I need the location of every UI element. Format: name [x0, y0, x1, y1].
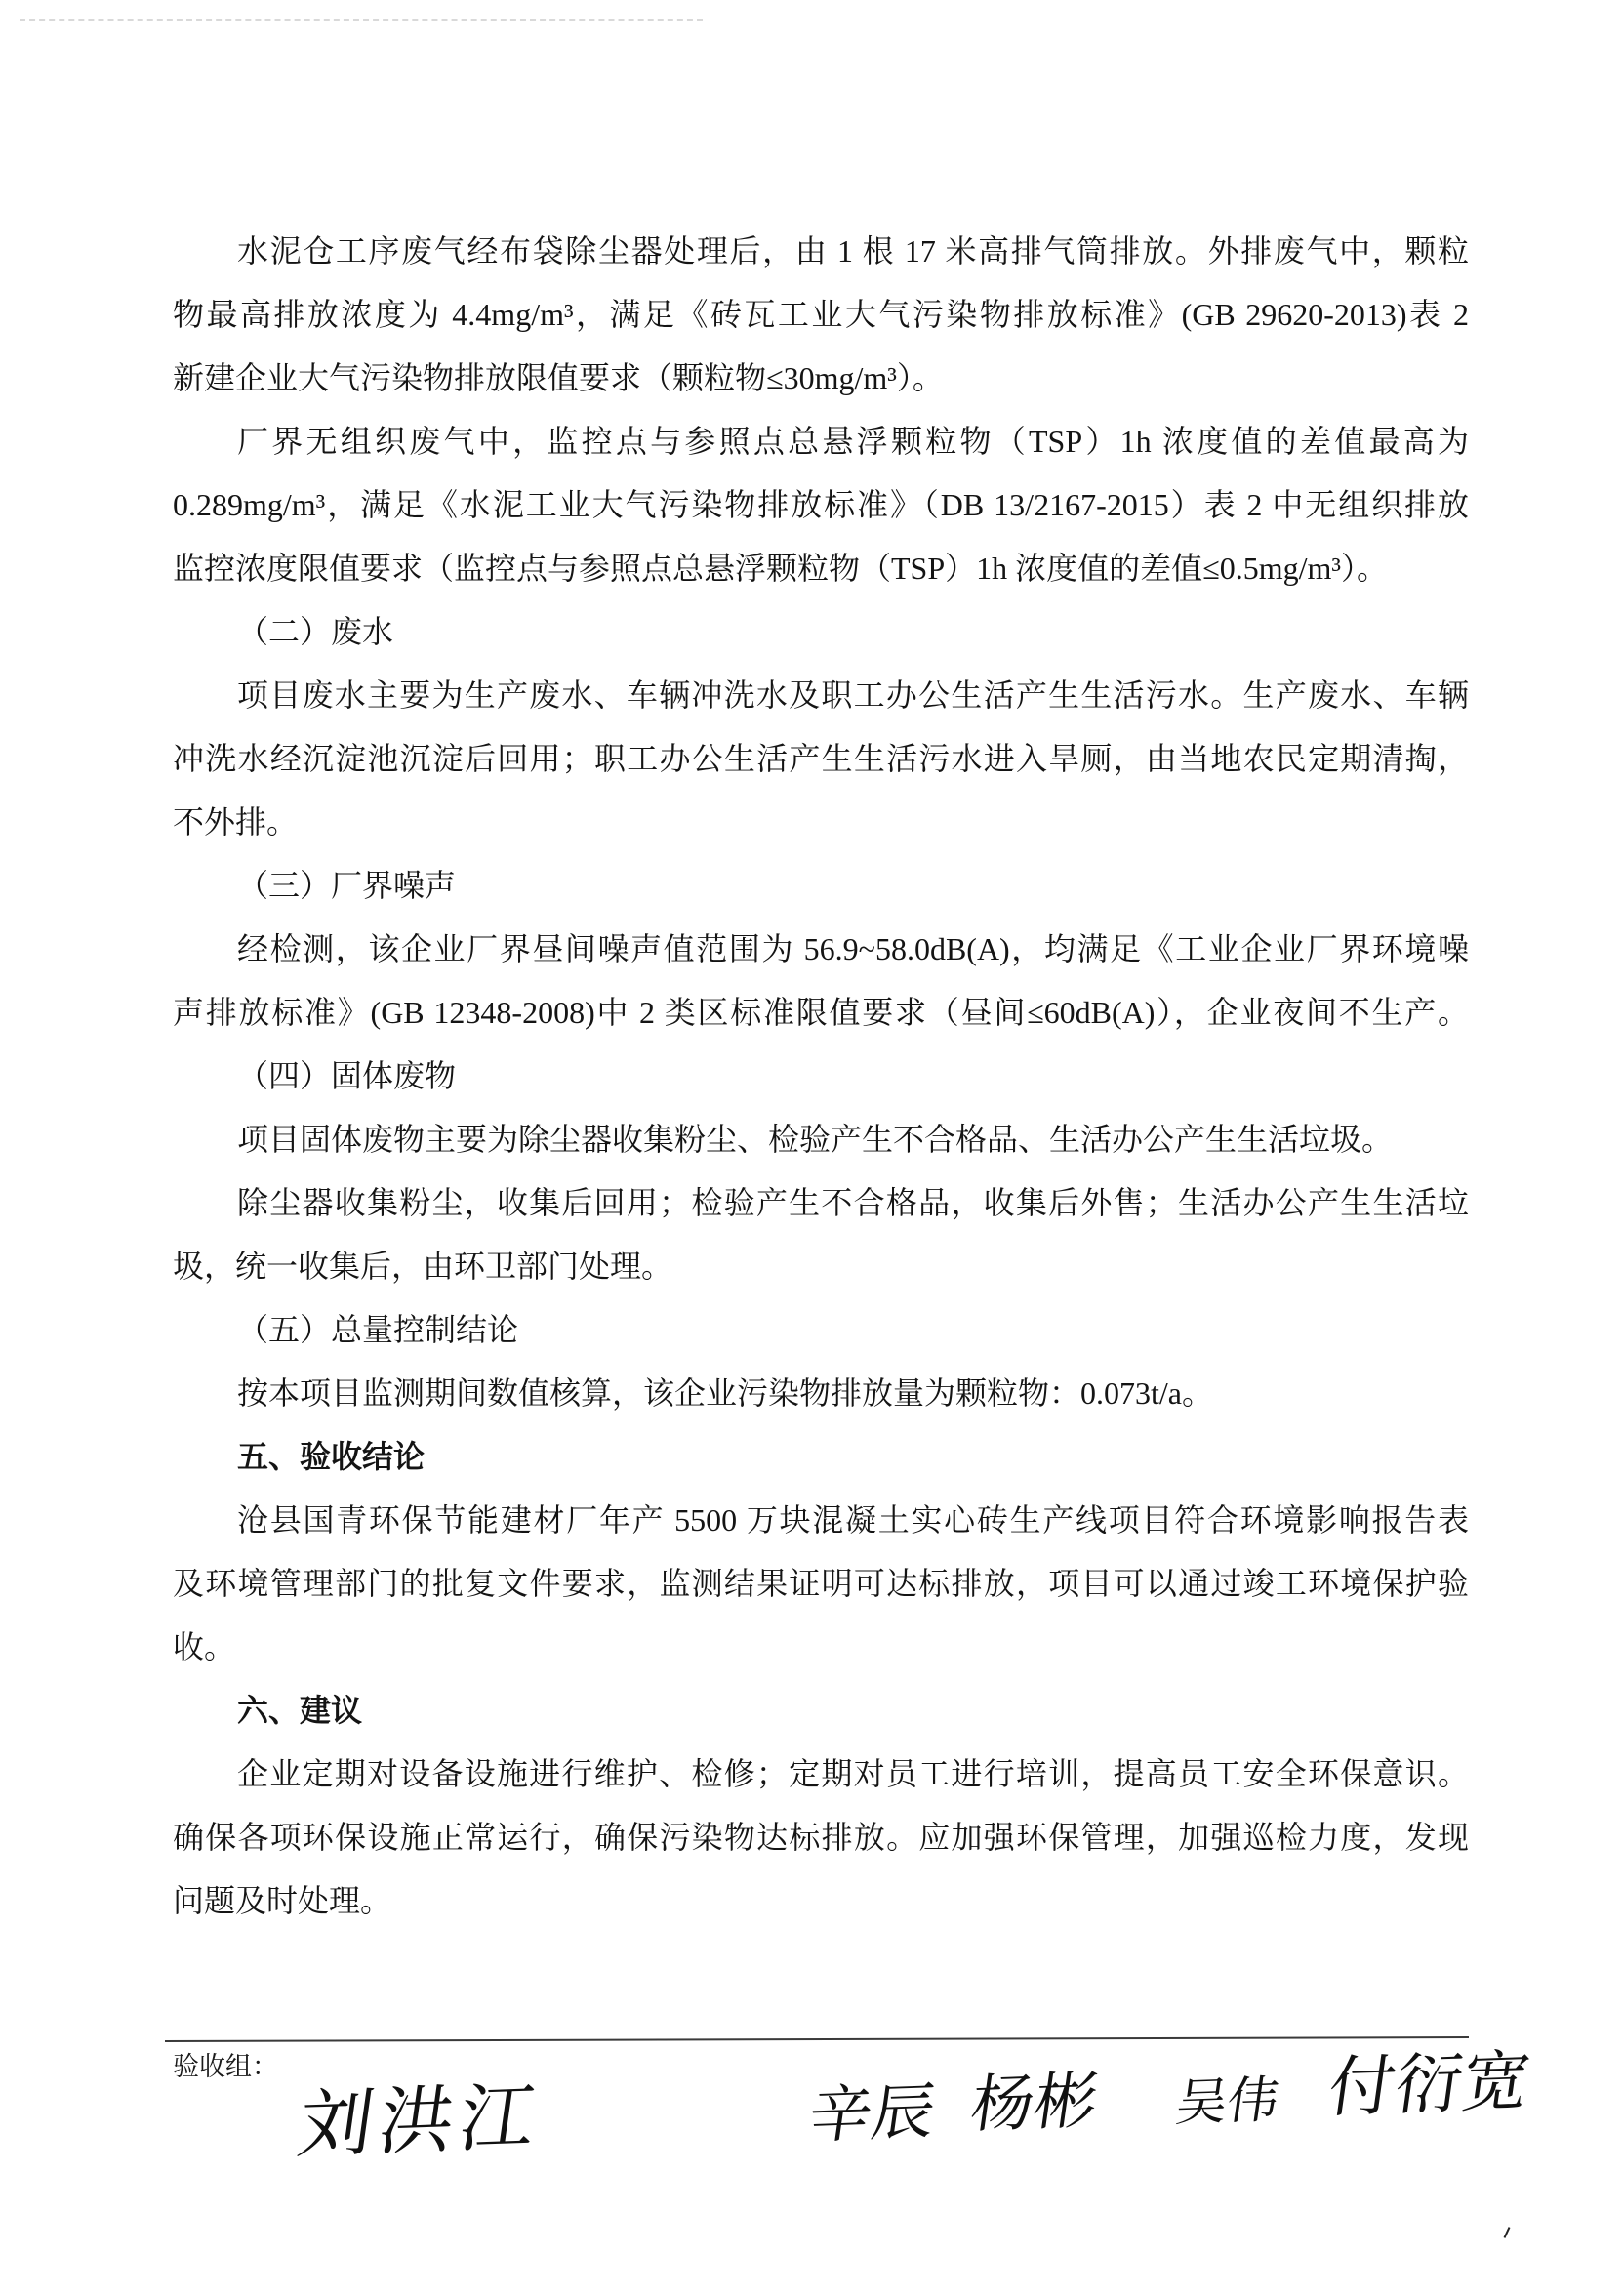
- paragraph-line: 新建企业大气污染物排放限值要求（颗粒物≤30mg/m³）。: [173, 347, 1469, 410]
- subheading-total-control: （五）总量控制结论: [173, 1298, 1469, 1362]
- signature: 付衍宽: [1323, 2043, 1534, 2128]
- subheading-wastewater: （二）废水: [173, 600, 1469, 664]
- paragraph-total-control: 按本项目监测期间数值核算，该企业污染物排放量为颗粒物：0.073t/a。: [173, 1362, 1469, 1425]
- paragraph-line: 项目废水主要为生产废水、车辆冲洗水及职工办公生活产生生活污水。生产废水、车辆: [173, 664, 1469, 727]
- signature: 杨彬: [965, 2058, 1103, 2150]
- paragraph-line: 厂界无组织废气中，监控点与参照点总悬浮颗粒物（TSP）1h 浓度值的差值最高为: [173, 410, 1469, 473]
- paragraph-line: 监控浓度限值要求（监控点与参照点总悬浮颗粒物（TSP）1h 浓度值的差值≤0.5…: [173, 537, 1469, 600]
- scan-artifact-line: [20, 19, 703, 20]
- paragraph-line: 项目固体废物主要为除尘器收集粉尘、检验产生不合格品、生活办公产生生活垃圾。: [173, 1108, 1469, 1171]
- signature-divider: [165, 2036, 1469, 2042]
- paragraph-line: 不外排。: [173, 791, 1469, 854]
- paragraph-line: 0.289mg/m³，满足《水泥工业大气污染物排放标准》（DB 13/2167-…: [173, 473, 1469, 537]
- paragraph-line: 物最高排放浓度为 4.4mg/m³，满足《砖瓦工业大气污染物排放标准》(GB 2…: [173, 283, 1469, 347]
- paragraph-line: 声排放标准》(GB 12348-2008)中 2 类区标准限值要求（昼间≤60d…: [173, 981, 1469, 1045]
- paragraph-line: 确保各项环保设施正常运行，确保污染物达标排放。应加强环保管理，加强巡检力度，发现: [173, 1806, 1469, 1869]
- paragraph-acceptance-conclusion: 沧县国青环保节能建材厂年产 5500 万块混凝土实心砖生产线项目符合环境影响报告…: [173, 1489, 1469, 1679]
- paragraph-line: 问题及时处理。: [173, 1869, 1469, 1933]
- paragraph-line: 收。: [173, 1616, 1469, 1679]
- subheading-solid-waste: （四）固体废物: [173, 1045, 1469, 1108]
- paragraph-line: 经检测，该企业厂界昼间噪声值范围为 56.9~58.0dB(A)，均满足《工业企…: [173, 918, 1469, 981]
- paragraph-line: 圾，统一收集后，由环卫部门处理。: [173, 1235, 1469, 1298]
- paragraph-line: 沧县国青环保节能建材厂年产 5500 万块混凝土实心砖生产线项目符合环境影响报告…: [173, 1489, 1469, 1552]
- paragraph-line: 及环境管理部门的批复文件要求，监测结果证明可达标排放，项目可以通过竣工环境保护验: [173, 1552, 1469, 1616]
- paragraph-line: 冲洗水经沉淀池沉淀后回用；职工办公生活产生生活污水进入旱厕，由当地农民定期清掏，: [173, 727, 1469, 791]
- paragraph-noise: 经检测，该企业厂界昼间噪声值范围为 56.9~58.0dB(A)，均满足《工业企…: [173, 918, 1469, 1045]
- paragraph-solid-waste-sources: 项目固体废物主要为除尘器收集粉尘、检验产生不合格品、生活办公产生生活垃圾。: [173, 1108, 1469, 1171]
- paragraph-line: 水泥仓工序废气经布袋除尘器处理后，由 1 根 17 米高排气筒排放。外排废气中，…: [173, 220, 1469, 283]
- paragraph-solid-waste-handling: 除尘器收集粉尘，收集后回用；检验产生不合格品，收集后外售；生活办公产生生活垃 圾…: [173, 1171, 1469, 1298]
- signature: 刘洪江: [293, 2072, 547, 2169]
- document-body: 水泥仓工序废气经布袋除尘器处理后，由 1 根 17 米高排气筒排放。外排废气中，…: [173, 220, 1469, 1933]
- paragraph-wastewater: 项目废水主要为生产废水、车辆冲洗水及职工办公生活产生生活污水。生产废水、车辆 冲…: [173, 664, 1469, 854]
- paragraph-stack-emissions: 水泥仓工序废气经布袋除尘器处理后，由 1 根 17 米高排气筒排放。外排废气中，…: [173, 220, 1469, 410]
- acceptance-group-label: 验收组：: [173, 2050, 278, 2083]
- paragraph-suggestions: 企业定期对设备设施进行维护、检修；定期对员工进行培训，提高员工安全环保意识。 确…: [173, 1742, 1469, 1933]
- paragraph-line: 企业定期对设备设施进行维护、检修；定期对员工进行培训，提高员工安全环保意识。: [173, 1742, 1469, 1806]
- paragraph-line: 按本项目监测期间数值核算，该企业污染物排放量为颗粒物：0.073t/a。: [173, 1362, 1469, 1425]
- section-heading-acceptance-conclusion: 五、验收结论: [173, 1425, 1469, 1489]
- subheading-noise: （三）厂界噪声: [173, 854, 1469, 918]
- paragraph-fugitive-emissions: 厂界无组织废气中，监控点与参照点总悬浮颗粒物（TSP）1h 浓度值的差值最高为 …: [173, 410, 1469, 600]
- paragraph-line: 除尘器收集粉尘，收集后回用；检验产生不合格品，收集后外售；生活办公产生生活垃: [173, 1171, 1469, 1235]
- signature: 吴伟: [1170, 2056, 1284, 2148]
- pen-mark: [1504, 2227, 1511, 2238]
- section-heading-suggestions: 六、建议: [173, 1679, 1469, 1742]
- signature: 辛辰: [802, 2064, 942, 2165]
